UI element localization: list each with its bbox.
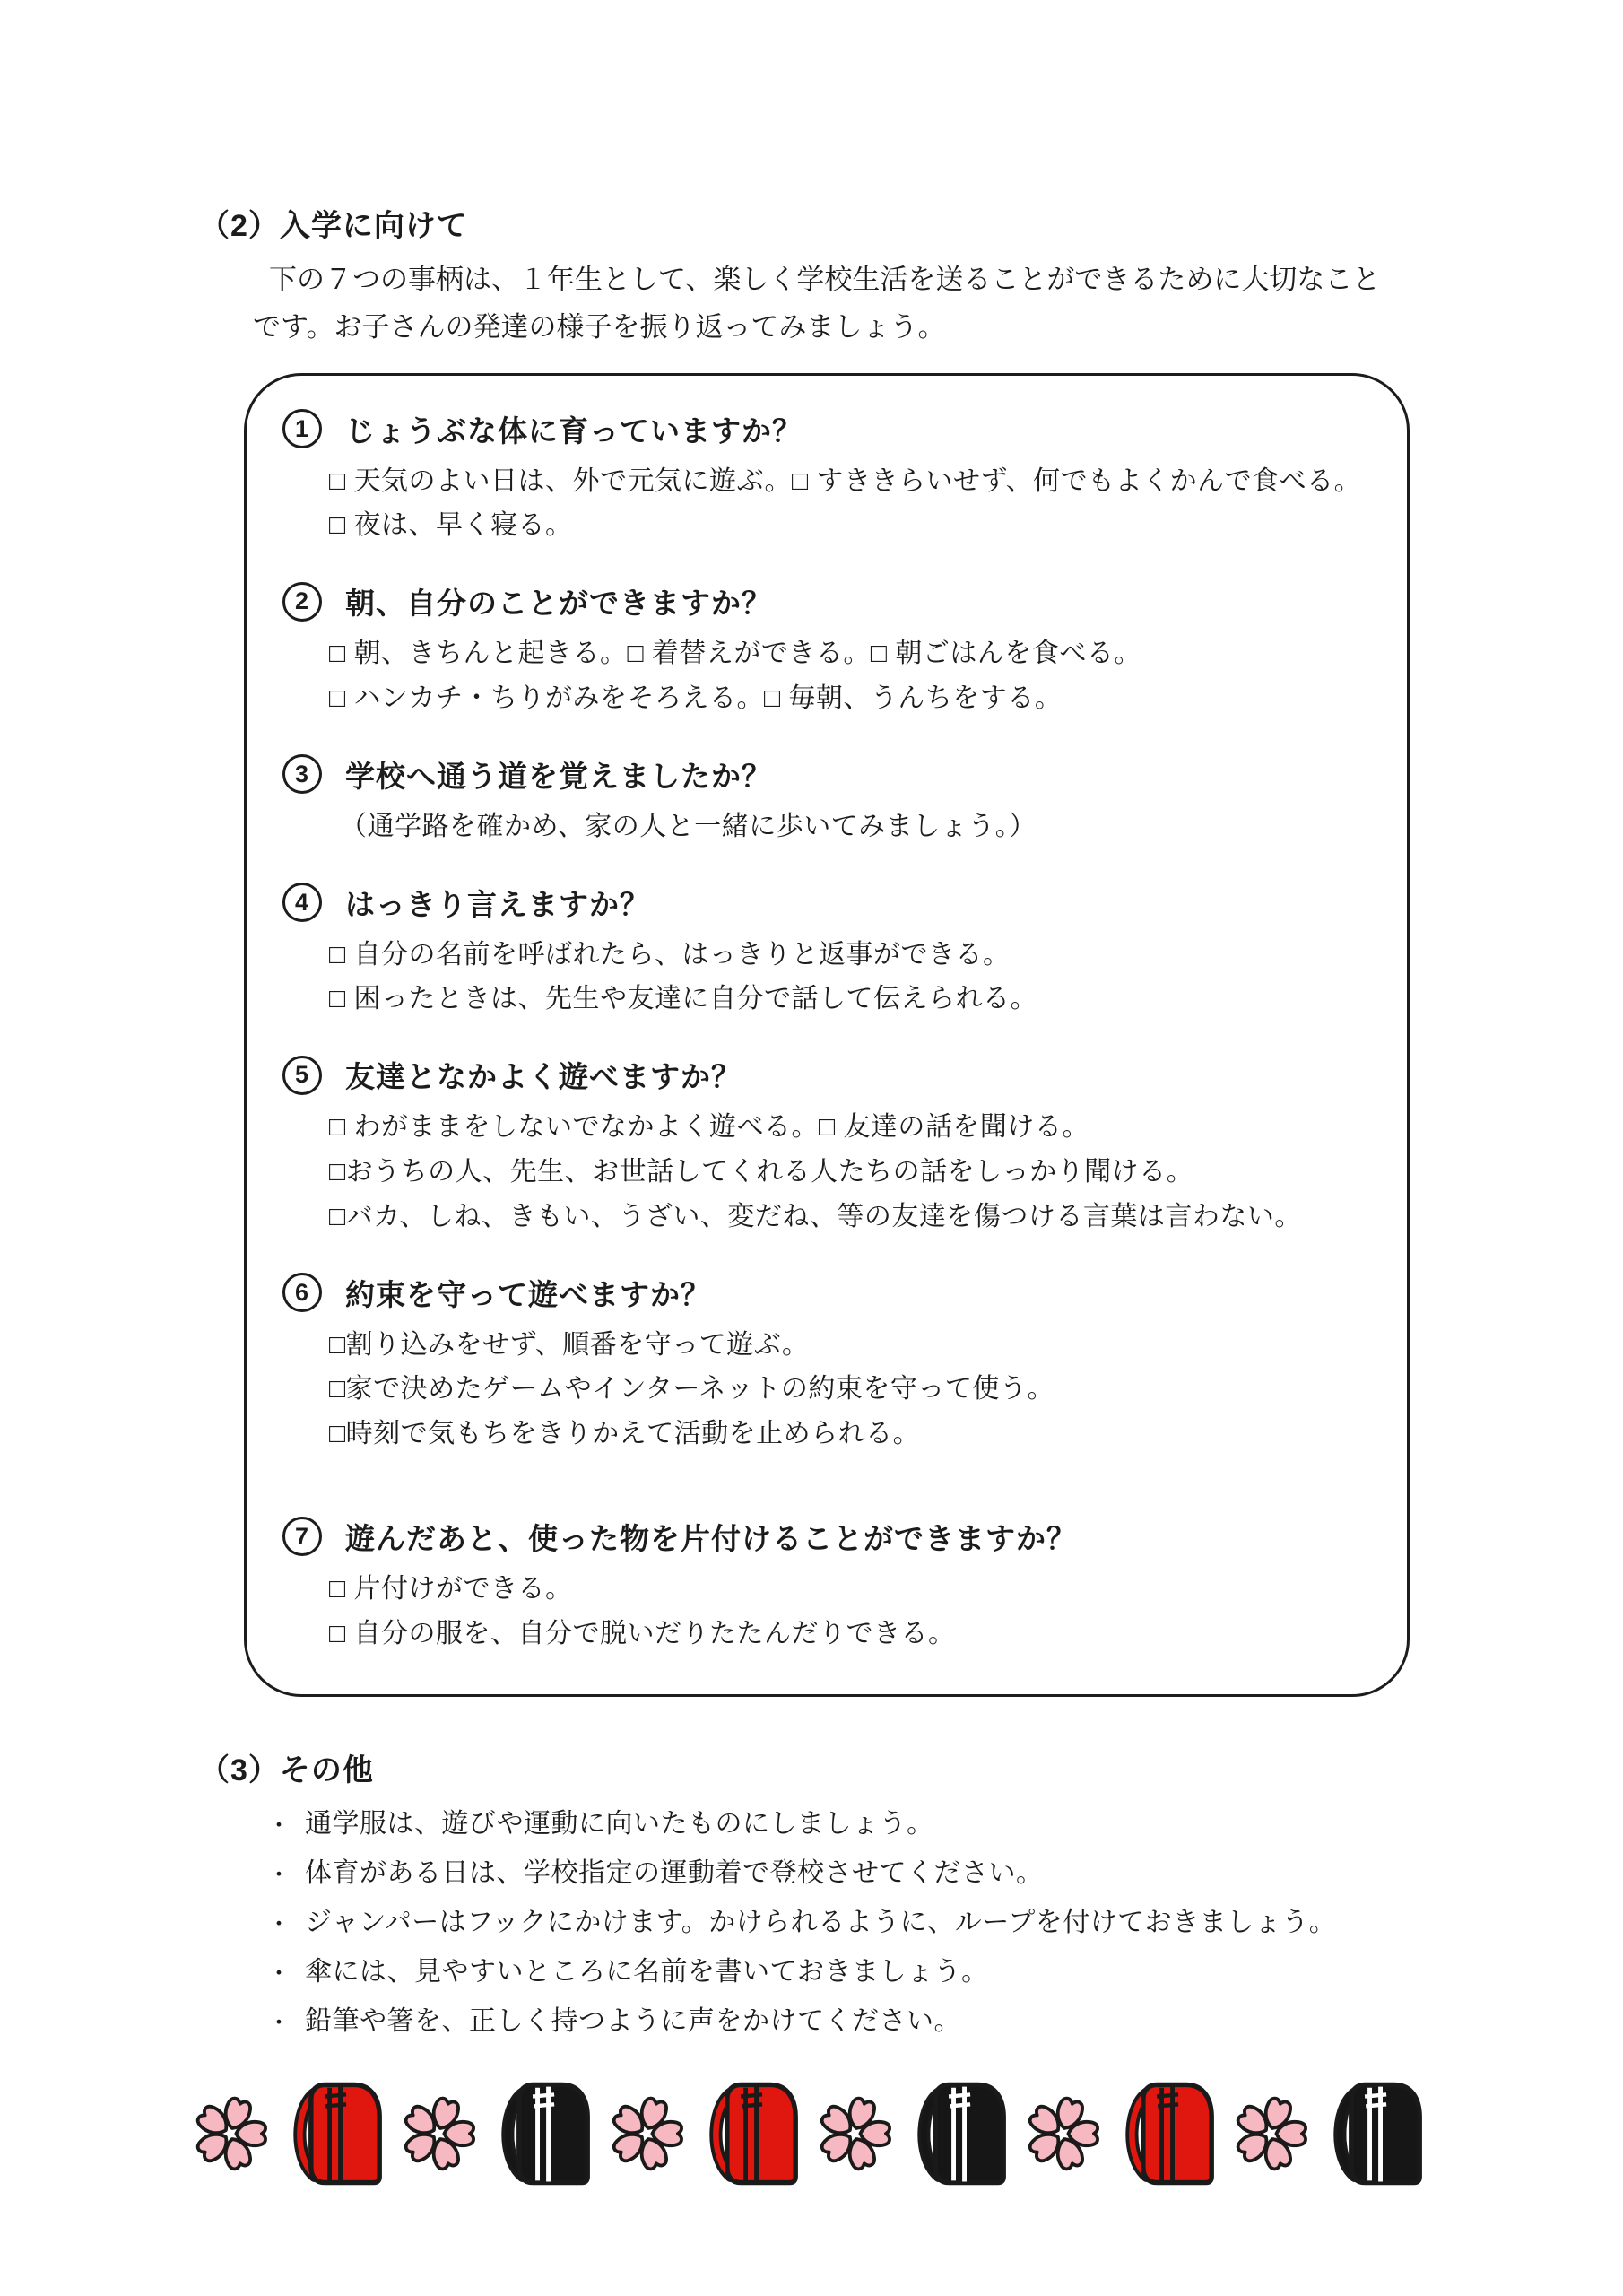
item-title: はっきり言えますか？ [345,882,650,924]
bullet-dot: ・ [267,1909,305,1936]
checkbox-line: □ 夜は、早く寝る。 [329,503,1382,548]
bullet-text: 鉛筆や箸を、正しく持つように声をかけてください。 [305,2008,961,2035]
item-title: 学校へ通う道を覚えましたか？ [345,753,772,796]
sakura-icon [1223,2086,1318,2181]
checklist-box: 1 じょうぶな体に育っていますか？ □ 天気のよい日は、外で元気に遊ぶ。□ すき… [244,373,1410,1697]
item-title: じょうぶな体に育っていますか？ [345,408,803,450]
checkbox-line: □ 自分の服を、自分で脱いだりたたんだりできる。 [329,1612,1382,1657]
sakura-icon [1015,2086,1110,2181]
bullet-dot: ・ [267,2008,305,2035]
checkbox-line: □家で決めたゲームやインターネットの約束を守って使う。 [329,1367,1382,1412]
section-other-heading: （3）その他 [199,1745,1444,1789]
note-line: （通学路を確かめ、家の人と一緒に歩いてみましょう。） [340,804,1382,849]
item-title: 遊んだあと、使った物を片付けることができますか？ [345,1516,1077,1558]
bullet-item: ・ ジャンパーはフックにかけます。かけられるように、ループを付けておきましょう。 [267,1909,1444,1936]
bullet-item: ・ 体育がある日は、学校指定の運動着で登校させてください。 [267,1860,1444,1887]
intro-line: です。お子さんの発達の様子を振り返ってみましょう。 [253,303,1444,351]
bullet-item: ・ 鉛筆や箸を、正しく持つように声をかけてください。 [267,2008,1444,2035]
other-bullet-list: ・ 通学服は、遊びや運動に向いたものにしましょう。 ・ 体育がある日は、学校指定… [267,1811,1444,2035]
item-title: 朝、自分のことができますか？ [345,580,772,622]
intro-paragraph: 下の７つの事柄は、１年生として、楽しく学校生活を送ることができるために大切なこと… [199,256,1444,352]
bullet-text: ジャンパーはフックにかけます。かけられるように、ループを付けておきましょう。 [305,1909,1336,1936]
bullet-dot: ・ [267,1959,305,1986]
bullet-text: 通学服は、遊びや運動に向いたものにしましょう。 [305,1811,934,1838]
sakura-icon [183,2086,278,2181]
checkbox-line: □ 困ったときは、先生や友達に自分で話して伝えられる。 [329,977,1382,1022]
bullet-text: 傘には、見やすいところに名前を書いておきましょう。 [305,1959,989,1986]
bullet-item: ・ 傘には、見やすいところに名前を書いておきましょう。 [267,1959,1444,1986]
checklist-item-3: 3 学校へ通う道を覚えましたか？ （通学路を確かめ、家の人と一緒に歩いてみましょ… [282,753,1382,849]
checkbox-line: □バカ、しね、きもい、うざい、変だね、等の友達を傷つける言葉は言わない。 [329,1195,1382,1239]
checkbox-line: □割り込みをせず、順番を守って遊ぶ。 [329,1323,1382,1368]
checkbox-line: □ わがままをしないでなかよく遊べる。□ 友達の話を聞ける。 [329,1105,1382,1150]
circled-number: 4 [282,883,322,922]
circled-number: 1 [282,409,322,448]
checklist-item-2: 2 朝、自分のことができますか？ □ 朝、きちんと起きる。□ 着替えができる。□… [282,580,1382,721]
circled-number: 5 [282,1056,322,1095]
circled-number: 3 [282,754,322,794]
sakura-icon [391,2086,486,2181]
bullet-text: 体育がある日は、学校指定の運動着で登校させてください。 [305,1860,1044,1887]
checklist-item-1: 1 じょうぶな体に育っていますか？ □ 天気のよい日は、外で元気に遊ぶ。□ すき… [282,408,1382,549]
circled-number: 2 [282,582,322,622]
checkbox-line: □ 朝、きちんと起きる。□ 着替えができる。□ 朝ごはんを食べる。 [329,631,1382,676]
randoseru-red-icon [285,2080,384,2187]
intro-line: 下の７つの事柄は、１年生として、楽しく学校生活を送ることができるために大切なこと [269,256,1444,303]
sakura-icon [599,2086,694,2181]
circled-number: 7 [282,1517,322,1556]
checkbox-line: □ 自分の名前を呼ばれたら、はっきりと返事ができる。 [329,933,1382,978]
checklist-item-4: 4 はっきり言えますか？ □ 自分の名前を呼ばれたら、はっきりと返事ができる。 … [282,882,1382,1022]
checkbox-line: □ 天気のよい日は、外で元気に遊ぶ。□ すききらいせず、何でもよくかんで食べる。 [329,459,1382,504]
bullet-dot: ・ [267,1860,305,1887]
checklist-item-7: 7 遊んだあと、使った物を片付けることができますか？ □ 片付けができる。 □ … [282,1516,1382,1657]
randoseru-black-icon [493,2080,592,2187]
checklist-item-5: 5 友達となかよく遊べますか？ □ わがままをしないでなかよく遊べる。□ 友達の… [282,1054,1382,1239]
item-title: 約束を守って遊べますか？ [345,1272,711,1314]
checkbox-line: □時刻で気もちをきりかえて活動を止められる。 [329,1412,1382,1457]
section-other: （3）その他 ・ 通学服は、遊びや運動に向いたものにしましょう。 ・ 体育がある… [199,1745,1444,2035]
section-entrance-heading: （2）入学に向けて [199,201,1444,245]
item-title: 友達となかよく遊べますか？ [345,1054,742,1096]
randoseru-red-icon [1117,2080,1216,2187]
randoseru-red-icon [701,2080,800,2187]
checkbox-line: □ 片付けができる。 [329,1567,1382,1612]
checkbox-line: □おうちの人、先生、お世話してくれる人たちの話をしっかり聞ける。 [329,1150,1382,1195]
checkbox-line: □ ハンカチ・ちりがみをそろえる。□ 毎朝、うんちをする。 [329,676,1382,721]
checklist-item-6: 6 約束を守って遊べますか？ □割り込みをせず、順番を守って遊ぶ。 □家で決めた… [282,1272,1382,1457]
footer-border [183,2080,1444,2187]
sakura-icon [807,2086,902,2181]
circled-number: 6 [282,1273,322,1312]
bullet-dot: ・ [267,1811,305,1838]
randoseru-black-icon [909,2080,1008,2187]
bullet-item: ・ 通学服は、遊びや運動に向いたものにしましょう。 [267,1811,1444,1838]
randoseru-black-icon [1325,2080,1424,2187]
